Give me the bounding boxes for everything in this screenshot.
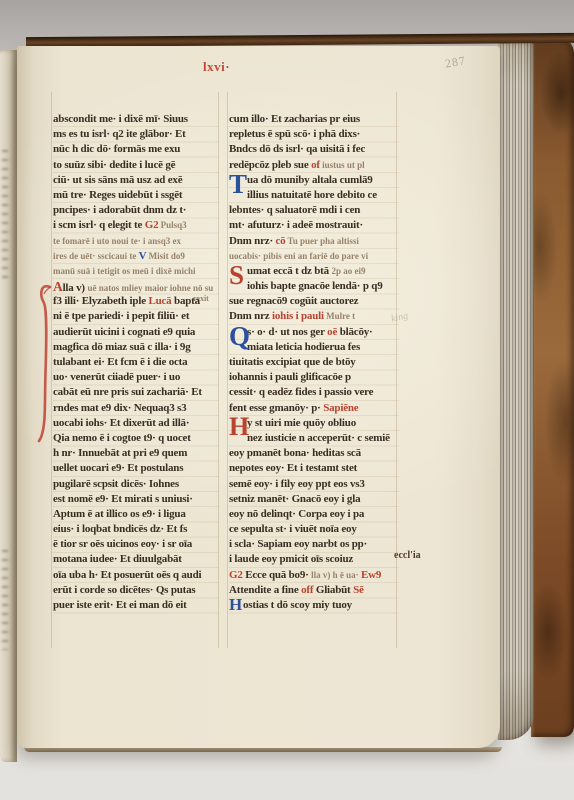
text-segment: eoy nō delinqt· Corpa eoy i pa xyxy=(229,508,364,520)
rubric-segment: iohis i pauli xyxy=(272,310,324,322)
text-line: ua dō muniby altala cumlā9 xyxy=(229,173,399,188)
text-line: cum illo· Et zacharias pr eius xyxy=(229,112,399,127)
text-line: motana iudee· Et diuulgabāt xyxy=(53,552,219,567)
text-line: i laude eoy pmicit oīs scoiuz xyxy=(229,552,399,567)
text-line: i scla· Sapiam eoy narbt os pp· xyxy=(229,537,399,552)
text-line: cessit· q eadēz fides i passio vere xyxy=(229,385,399,400)
text-segment: erūt i corde so dicētes· Qs putas xyxy=(53,584,196,596)
text-segment: ni ē tpe pariedi· i pepit filiū· et xyxy=(53,310,189,322)
text-line: iohis bapte gnacōe lendā· p q9 xyxy=(229,279,399,294)
text-segment: cum illo· Et zacharias pr eius xyxy=(229,113,360,125)
text-line: Aptum ē at illico os e9· i ligua xyxy=(53,507,219,522)
binding-top-edge xyxy=(26,33,574,47)
text-segment: ua dō muniby altala cumlā9 xyxy=(247,174,373,186)
page-block-fore-edge xyxy=(498,43,534,740)
text-line: uo· venerūt ciiadē puer· i uo xyxy=(53,370,219,385)
text-segment: lebntes· q saluatorē mdi i cen xyxy=(229,204,360,216)
text-line: cabāt eū nre pris sui zachariā· Et xyxy=(53,385,219,400)
text-line: Dnm nrz iohis i pauli Mulre t xyxy=(229,309,399,324)
text-line: ires de uēt· sscicaui te V Misit do9 xyxy=(53,249,219,264)
text-line: G2 Ecce quā bo9· lla v) h ē ua· Ew9 xyxy=(229,568,399,583)
text-segment: ms es tu isrl· q2 ite glābor· Et xyxy=(53,128,186,140)
ruling-line xyxy=(227,92,228,648)
text-segment: illius natuitatē hore debito ce xyxy=(247,189,377,201)
text-segment: f3 illi· Elyzabeth iple xyxy=(53,295,148,307)
text-segment: Aptum ē at illico os e9· i ligua xyxy=(53,508,186,520)
added-text-segment: 2p ao ei9 xyxy=(332,266,366,276)
text-line: umat eccā t dz btā 2p ao ei9 xyxy=(229,264,399,279)
added-text-segment: manū suā i tetigit os meū i dixē michi xyxy=(53,266,196,276)
text-segment: nūc h dic dō· formās me exu xyxy=(53,143,180,155)
text-segment: ostias t dō scoy miy tuoy xyxy=(243,599,352,611)
text-line: oīa uba h· Et posuerūt oēs q audi xyxy=(53,568,219,583)
text-line: h nr· Innuebāt at pri e9 quem xyxy=(53,446,219,461)
manuscript-page: lxvi· 287 king eccl'ia rexit abscondit m… xyxy=(17,46,500,748)
text-line: nez iusticie n acceperūt· c semiē xyxy=(229,431,399,446)
pencil-folio-number: 287 xyxy=(444,53,467,71)
text-segment: Dnm nrz· xyxy=(229,235,275,247)
text-segment: pncipes· i adorabūt dnm dz t· xyxy=(53,204,186,216)
rubric-segment: off xyxy=(301,584,313,596)
text-line: manū suā i tetigit os meū i dixē michi xyxy=(53,264,219,279)
text-line: Bndcs dō ds isrl· qa uisitā i fec xyxy=(229,142,399,157)
added-text-segment: Pulsq3 xyxy=(158,220,186,230)
added-text-segment: uocabis· pibis eni an fariē do pare vi xyxy=(229,251,368,261)
text-segment: mū tre· Reges uidebūt i ssgēt xyxy=(53,189,182,201)
text-segment: ē tior sr oēs uicinos eoy· i sr oīa xyxy=(53,538,192,550)
text-segment: mt· afuturz· i adeē mostrauit· xyxy=(229,219,363,231)
text-line: redēpcōz pleb sue of iustus ut pl xyxy=(229,158,399,173)
added-text-segment: lla v) h ē ua· xyxy=(311,570,361,580)
text-line: f3 illi· Elyzabeth iple Lucā bapta xyxy=(53,294,219,309)
text-segment: tiuitatis excipiat que de btōy xyxy=(229,356,356,368)
text-line: nūc h dic dō· formās me exu xyxy=(53,142,219,157)
text-line: ē tior sr oēs uicinos eoy· i sr oīa xyxy=(53,537,219,552)
text-segment: repletus ē spū scō· i phā dixs· xyxy=(229,128,360,140)
text-segment: iohis bapte gnacōe lendā· p q9 xyxy=(247,280,383,292)
rubric-segment: cō xyxy=(275,235,285,247)
text-segment: Attendite a fine xyxy=(229,584,301,596)
added-text-segment: Tu puer pha altissi xyxy=(285,236,358,246)
text-line: Alla v) uē natos mliey maior iohne nō su xyxy=(53,279,219,294)
text-line: eoy nō delinqt· Corpa eoy i pa xyxy=(229,507,399,522)
text-segment: eoy pmanēt bona· heditas scā xyxy=(229,447,361,459)
added-text-segment: uē natos mliey maior iohne nō su xyxy=(87,283,213,293)
text-line: repletus ē spū scō· i phā dixs· xyxy=(229,127,399,142)
text-line: setniz manēt· Gnacō eoy i gla xyxy=(229,492,399,507)
text-segment: Gliabūt xyxy=(313,584,353,596)
text-segment: cabāt eū nre pris sui zachariā· Et xyxy=(53,386,202,398)
text-line: audierūt uicini i cognati e9 quia xyxy=(53,325,219,340)
text-segment: iohannis i pauli glificacōe p xyxy=(229,371,351,383)
rubric-segment: Lucā xyxy=(148,295,171,307)
text-segment: audierūt uicini i cognati e9 quia xyxy=(53,326,195,338)
added-text-segment: iustus ut pl xyxy=(320,160,365,170)
text-line: est nomē e9· Et mirati s uniusi· xyxy=(53,492,219,507)
leather-book-cover xyxy=(531,37,574,737)
illuminated-initial: H xyxy=(229,414,249,440)
text-segment: oīa uba h· Et posuerūt oēs q audi xyxy=(53,569,201,581)
text-segment: motana iudee· Et diuulgabāt xyxy=(53,553,182,565)
rubric-segment: oē xyxy=(327,326,337,338)
text-line: ni ē tpe pariedi· i pepit filiū· et xyxy=(53,309,219,324)
text-segment: umat eccā t dz btā xyxy=(247,265,332,277)
text-segment: miata leticia hodierua fes xyxy=(247,341,360,353)
added-text-segment: te fomarē i uto noui te· i ansq3 ex xyxy=(53,236,181,246)
text-segment: uocabi iohs· Et dixerūt ad illā· xyxy=(53,417,189,429)
text-column-left: abscondit me· i dixē mī· Siuusms es tu i… xyxy=(53,112,219,618)
text-line: lebntes· q saluatorē mdi i cen xyxy=(229,203,399,218)
text-segment: puer iste erit· Et ei man dō eit xyxy=(53,599,187,611)
text-segment: bapta xyxy=(171,295,199,307)
text-segment: abscondit me· i dixē mī· Siuus xyxy=(53,113,188,125)
text-segment: pugilarē scpsit dicēs· Iohnes xyxy=(53,478,179,490)
text-line: Dnm nrz· cō Tu puer pha altissi xyxy=(229,234,399,249)
rubric-segment: Sapiēne xyxy=(323,402,358,414)
text-segment: eius· i loqbat bndicēs dz· Et fs xyxy=(53,523,187,535)
text-segment: rndes mat e9 dix· Nequaq3 s3 xyxy=(53,402,186,414)
manuscript-photo-scene: lxvi· 287 king eccl'ia rexit abscondit m… xyxy=(0,0,574,800)
text-line: s· o· d· ut nos ger oē blācōy· xyxy=(229,325,399,340)
text-line: ciū· ut sis sāns mā usz ad exē xyxy=(53,173,219,188)
added-text-segment: ires de uēt· sscicaui te xyxy=(53,251,139,261)
text-segment: tulabant ei· Et fcm ē i die octa xyxy=(53,356,187,368)
text-line: Attendite a fine off Gliabūt Sē xyxy=(229,583,399,598)
text-segment: nez iusticie n acceperūt· c semiē xyxy=(247,432,390,444)
text-line: eius· i loqbat bndicēs dz· Et fs xyxy=(53,522,219,537)
rubric-segment: Ew9 xyxy=(361,569,381,581)
text-line: rndes mat e9 dix· Nequaq3 s3 xyxy=(53,401,219,416)
rubric-segment: G2 xyxy=(145,219,159,231)
pen-flourish-initial-i xyxy=(37,282,53,444)
text-line: pncipes· i adorabūt dnm dz t· xyxy=(53,203,219,218)
text-line: i scm isrl· q elegit te G2 Pulsq3 xyxy=(53,218,219,233)
text-segment: y st uiri mie quōy obliuo xyxy=(247,417,356,429)
text-line: iohannis i pauli glificacōe p xyxy=(229,370,399,385)
text-segment: semē eoy· i fily eoy ppt eos vs3 xyxy=(229,478,365,490)
showthrough-text-marks xyxy=(2,550,8,650)
text-segment: ce sepulta st· i viuēt noīa eoy xyxy=(229,523,357,535)
text-line: to suūz sibi· dedite i lucē gē xyxy=(53,158,219,173)
text-line: uocabis· pibis eni an fariē do pare vi xyxy=(229,249,399,264)
text-segment: est nomē e9· Et mirati s uniusi· xyxy=(53,493,193,505)
text-line: magfica dō miaz suā c illa· i 9g xyxy=(53,340,219,355)
text-line: mū tre· Reges uidebūt i ssgēt xyxy=(53,188,219,203)
text-segment: h nr· Innuebāt at pri e9 quem xyxy=(53,447,187,459)
text-segment: ciū· ut sis sāns mā usz ad exē xyxy=(53,174,182,186)
text-segment: magfica dō miaz suā c illa· i 9g xyxy=(53,341,191,353)
text-segment: cessit· q eadēz fides i passio vere xyxy=(229,386,373,398)
text-segment: lla v) xyxy=(63,282,88,294)
text-line: ce sepulta st· i viuēt noīa eoy xyxy=(229,522,399,537)
text-column-right: cum illo· Et zacharias pr eiusrepletus ē… xyxy=(229,112,399,618)
text-segment: blācōy· xyxy=(337,326,372,338)
text-line: te fomarē i uto noui te· i ansq3 ex xyxy=(53,234,219,249)
quire-number-rubric: lxvi· xyxy=(203,59,230,75)
text-segment: sue regnacō9 cogūit auctorez xyxy=(229,295,358,307)
illuminated-initial: Q xyxy=(229,323,250,350)
text-line: uocabi iohs· Et dixerūt ad illā· xyxy=(53,416,219,431)
rubric-segment: Sē xyxy=(353,584,364,596)
added-text-segment: Misit do9 xyxy=(146,251,185,261)
text-segment: uellet uocari e9· Et postulans xyxy=(53,462,183,474)
text-line: semē eoy· i fily eoy ppt eos vs3 xyxy=(229,477,399,492)
text-segment: s· o· d· ut nos ger xyxy=(247,326,327,338)
text-line: uellet uocari e9· Et postulans xyxy=(53,461,219,476)
text-segment: to suūz sibi· dedite i lucē gē xyxy=(53,159,175,171)
text-segment: uo· venerūt ciiadē puer· i uo xyxy=(53,371,180,383)
text-segment: i laude eoy pmicit oīs scoiuz xyxy=(229,553,353,565)
text-line: abscondit me· i dixē mī· Siuus xyxy=(53,112,219,127)
text-segment: i scla· Sapiam eoy narbt os pp· xyxy=(229,538,367,550)
text-segment: setniz manēt· Gnacō eoy i gla xyxy=(229,493,360,505)
text-line: mt· afuturz· i adeē mostrauit· xyxy=(229,218,399,233)
illuminated-initial: S xyxy=(229,262,244,289)
rubric-segment: of xyxy=(311,159,320,171)
rubric-segment: G2 xyxy=(229,569,243,581)
text-line: nepotes eoy· Et i testamt stet xyxy=(229,461,399,476)
text-segment: Bndcs dō ds isrl· qa uisitā i fec xyxy=(229,143,365,155)
text-line: sue regnacō9 cogūit auctorez xyxy=(229,294,399,309)
added-text-segment: Mulre t xyxy=(324,311,355,321)
text-line: fent esse gmanōy· p· Sapiēne xyxy=(229,401,399,416)
illuminated-initial: H xyxy=(229,596,242,613)
text-line: ostias t dō scoy miy tuoy xyxy=(229,598,399,613)
text-line: tulabant ei· Et fcm ē i die octa xyxy=(53,355,219,370)
text-line: tiuitatis excipiat que de btōy xyxy=(229,355,399,370)
text-line: illius natuitatē hore debito ce xyxy=(229,188,399,203)
red-initial-segment: A xyxy=(53,279,63,294)
text-line: y st uiri mie quōy obliuo xyxy=(229,416,399,431)
text-segment: Qia nemo ē i cogtoe t9· q uocet xyxy=(53,432,191,444)
text-line: eoy pmanēt bona· heditas scā xyxy=(229,446,399,461)
text-line: erūt i corde so dicētes· Qs putas xyxy=(53,583,219,598)
text-line: ms es tu isrl· q2 ite glābor· Et xyxy=(53,127,219,142)
text-segment: Ecce quā bo9· xyxy=(243,569,312,581)
text-line: pugilarē scpsit dicēs· Iohnes xyxy=(53,477,219,492)
illuminated-initial: T xyxy=(229,171,247,198)
text-line: miata leticia hodierua fes xyxy=(229,340,399,355)
showthrough-text-marks xyxy=(2,150,8,280)
text-segment: i scm isrl· q elegit te xyxy=(53,219,145,231)
text-line: Qia nemo ē i cogtoe t9· q uocet xyxy=(53,431,219,446)
text-line: puer iste erit· Et ei man dō eit xyxy=(53,598,219,613)
facing-page-edge xyxy=(0,50,17,762)
text-segment: nepotes eoy· Et i testamt stet xyxy=(229,462,357,474)
